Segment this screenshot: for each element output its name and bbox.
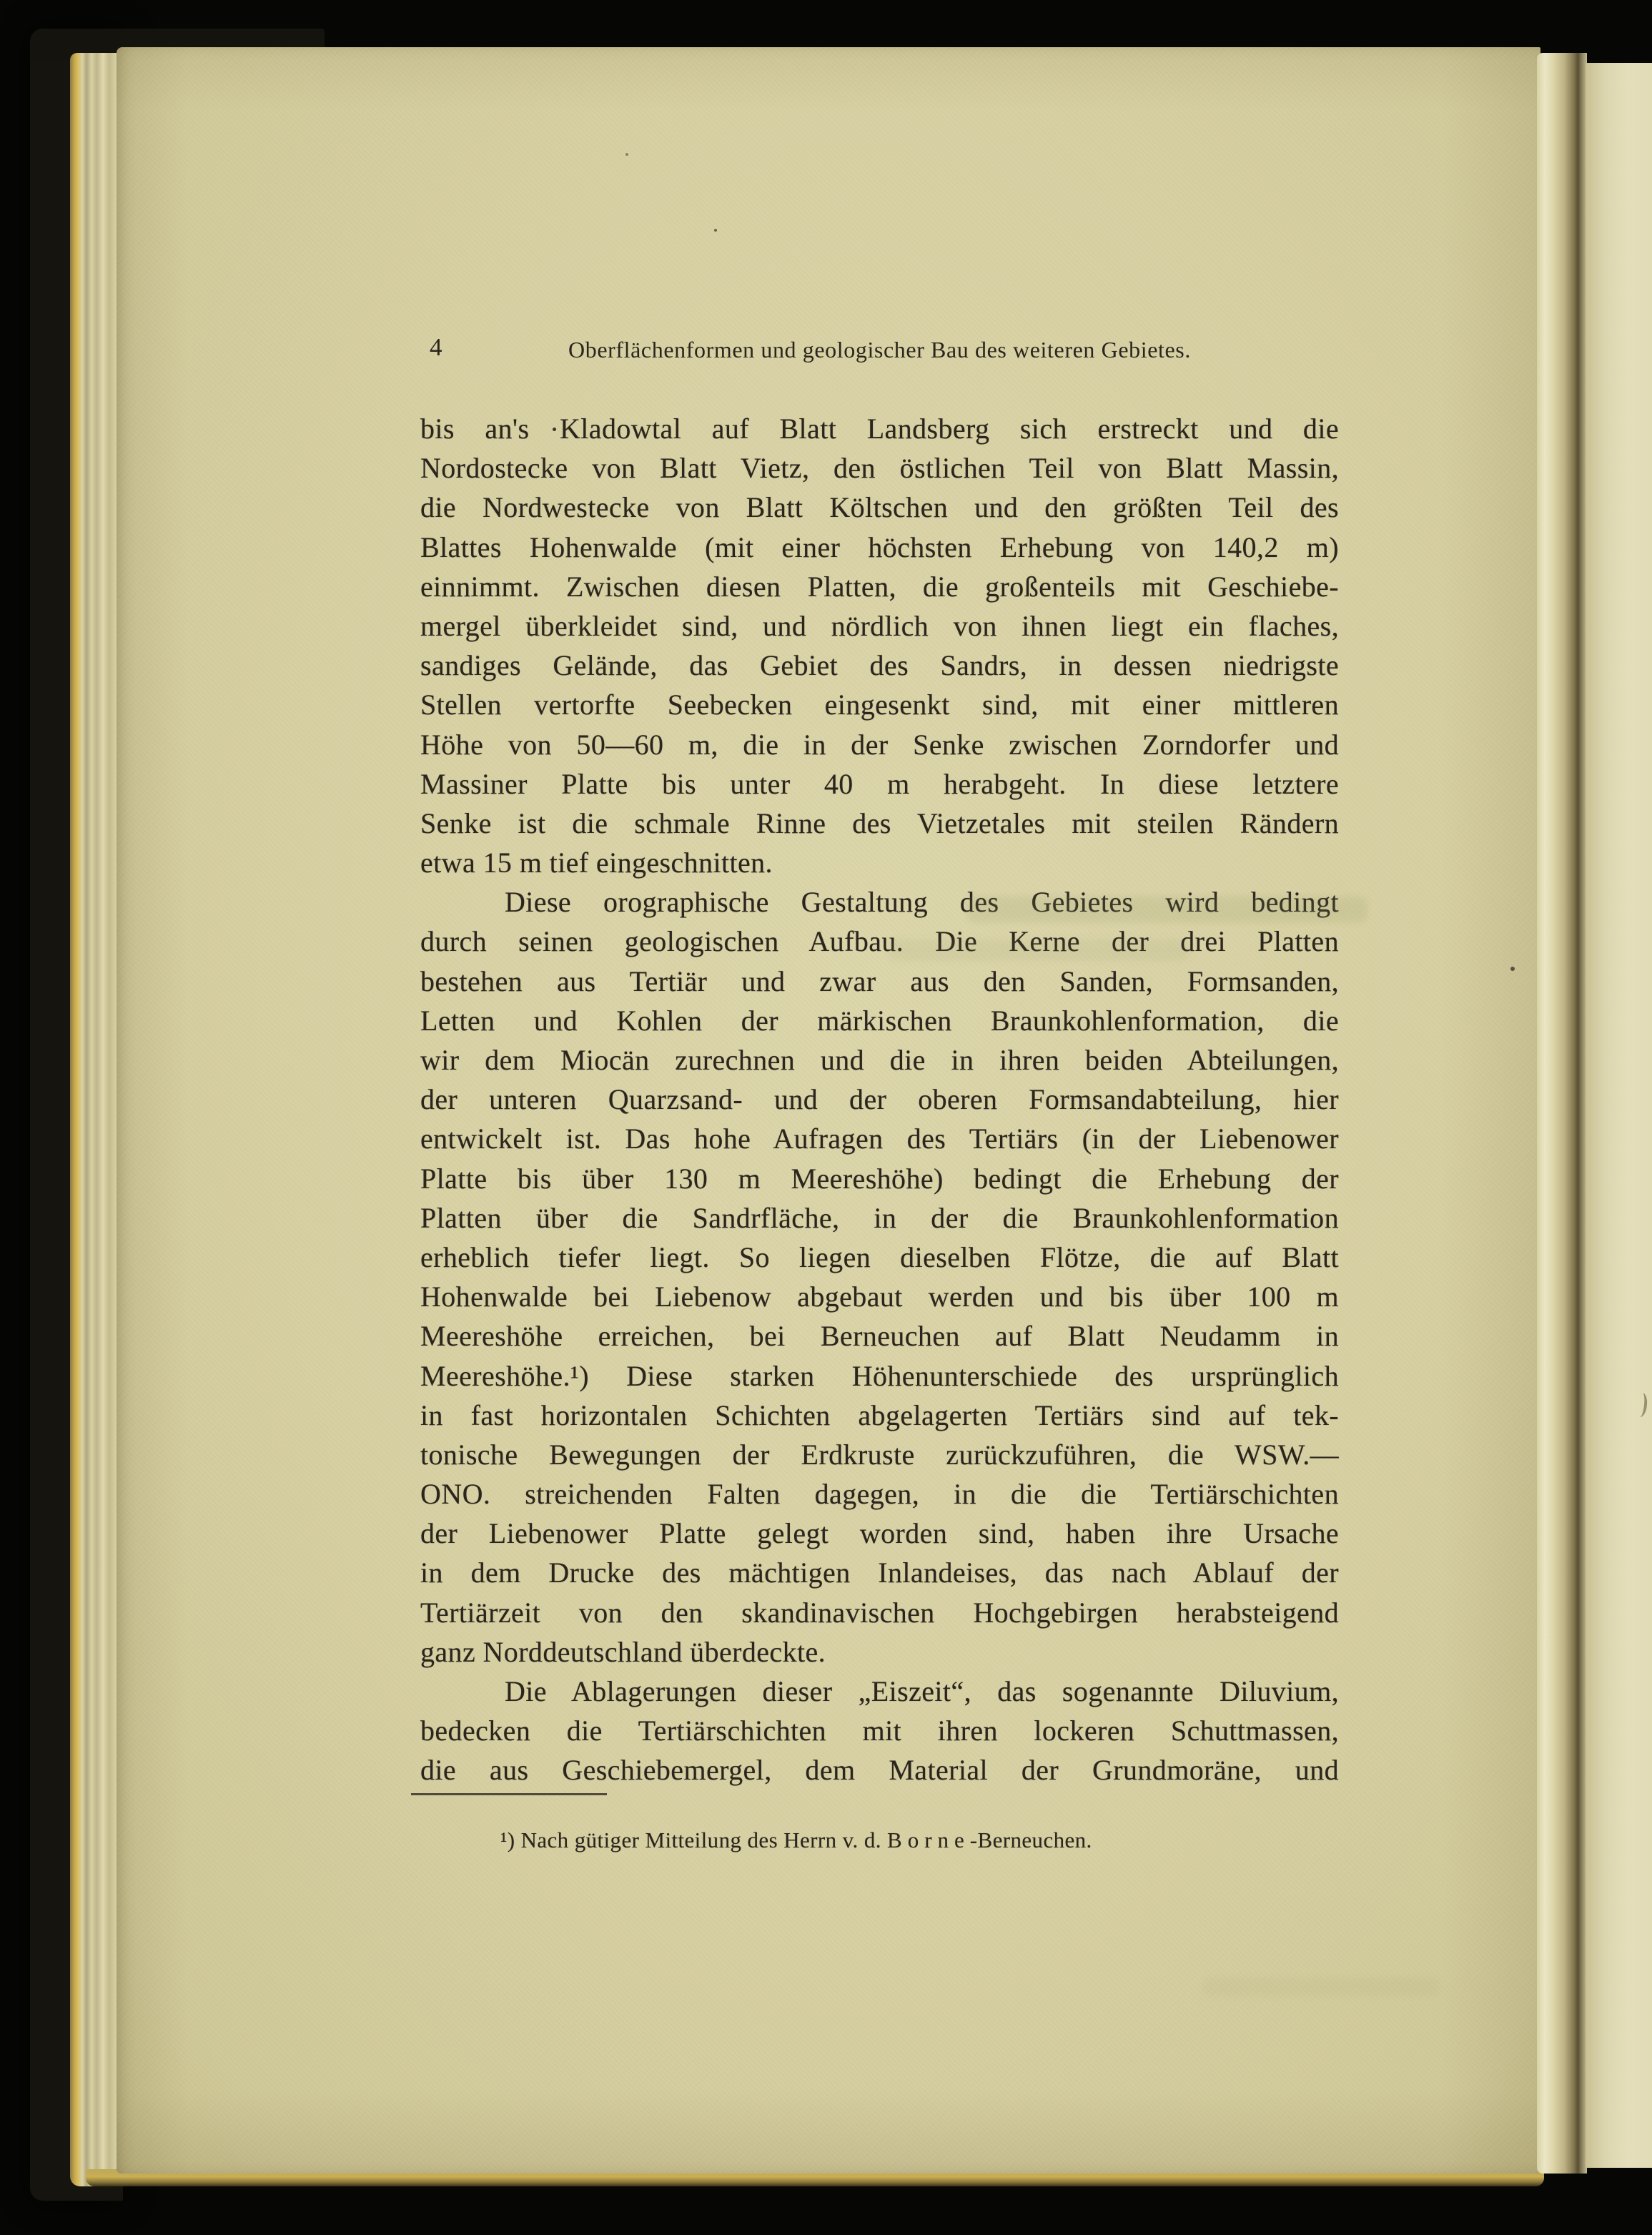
photographed-book-page: { "page": { "number": "4", "running_head… [0, 0, 1652, 2235]
ink-speck [625, 153, 628, 156]
text-line: bis an's Kladowtal auf Blatt Landsberg s… [420, 409, 1339, 448]
text-line: bestehen aus Tertiär und zwar aus den Sa… [420, 962, 1339, 1001]
text-line: mergel überkleidet sind, und nördlich vo… [420, 606, 1339, 646]
text-line-paragraph-end: ganz Norddeutschland überdeckte. [420, 1632, 1339, 1672]
show-through-smudge [967, 897, 1367, 922]
text-line: Platten über die Sandrfläche, in der die… [420, 1198, 1339, 1238]
text-line: sandiges Gelände, das Gebiet des Sandrs,… [420, 646, 1339, 685]
text-line: Nordostecke von Blatt Vietz, den östlich… [420, 448, 1339, 488]
text-line: bedecken die Tertiärschichten mit ihren … [420, 1711, 1339, 1750]
text-line: in fast horizontalen Schichten abgelager… [420, 1396, 1339, 1435]
text-line-paragraph-end: etwa 15 m tief eingeschnitten. [420, 843, 1339, 882]
text-line: erheblich tiefer liegt. So liegen diesel… [420, 1238, 1339, 1277]
text-line: in dem Drucke des mächtigen Inlandeises,… [420, 1553, 1339, 1592]
facing-page-sliver [1586, 63, 1652, 2168]
text-line: Platte bis über 130 m Meereshöhe) beding… [420, 1159, 1339, 1198]
ink-speck [714, 229, 717, 232]
text-line: die aus Geschiebemergel, dem Material de… [420, 1750, 1339, 1790]
text-line: Letten und Kohlen der märkischen Braunko… [420, 1001, 1339, 1040]
show-through-smudge [1203, 1978, 1439, 1996]
text-line: durch seinen geologischen Aufbau. Die Ke… [420, 922, 1339, 961]
text-line-paragraph-start: Die Ablagerungen dieser „Eiszeit“, das s… [420, 1672, 1339, 1711]
text-line: einnimmt. Zwischen diesen Platten, die g… [420, 567, 1339, 606]
body-text-block: bis an's Kladowtal auf Blatt Landsberg s… [420, 409, 1339, 1790]
text-line: Tertiärzeit von den skandinavischen Hoch… [420, 1593, 1339, 1632]
text-line: Meereshöhe erreichen, bei Berneuchen auf… [420, 1316, 1339, 1356]
ink-speck [1510, 967, 1515, 971]
text-line: Stellen vertorfte Seebecken eingesenkt s… [420, 685, 1339, 724]
text-line: ONO. streichenden Falten dagegen, in die… [420, 1474, 1339, 1514]
text-line: Hohenwalde bei Liebenow abgebaut werden … [420, 1277, 1339, 1316]
text-line: tonische Bewegungen der Erdkruste zurück… [420, 1435, 1339, 1474]
running-header: Oberflächenformen und geologischer Bau d… [420, 337, 1339, 363]
text-line: wir dem Miocän zurechnen und die in ihre… [420, 1040, 1339, 1080]
page-edge-stack-left [70, 53, 122, 2186]
text-line: Senke ist die schmale Rinne des Vietzeta… [420, 804, 1339, 843]
footnote: ¹) Nach gütiger Mitteilung des Herrn v. … [420, 1827, 1419, 1853]
footnote-text: ¹) Nach gütiger Mitteilung des Herrn v. … [500, 1827, 887, 1852]
footnote-separator-rule [411, 1793, 607, 1795]
ink-speck [553, 428, 556, 431]
text-line: der Liebenower Platte gelegt worden sind… [420, 1514, 1339, 1553]
footnote-spaced-name: Borne [887, 1827, 970, 1852]
text-line: entwickelt ist. Das hohe Aufragen des Te… [420, 1119, 1339, 1158]
show-through-smudge [889, 939, 1189, 961]
text-line: Meereshöhe.¹) Diese starken Höhenuntersc… [420, 1356, 1339, 1396]
book-gutter-fold [1537, 53, 1587, 2174]
footnote-text-suffix: -Berneuchen. [970, 1827, 1092, 1852]
text-line: der unteren Quarzsand- und der oberen Fo… [420, 1080, 1339, 1119]
text-line: Massiner Platte bis unter 40 m herabgeht… [420, 764, 1339, 804]
text-line: Höhe von 50—60 m, die in der Senke zwisc… [420, 725, 1339, 764]
book-page: 4 Oberflächenformen und geologischer Bau… [117, 47, 1540, 2174]
text-line: Blattes Hohenwalde (mit einer höchsten E… [420, 528, 1339, 567]
text-line: die Nordwestecke von Blatt Költschen und… [420, 488, 1339, 527]
